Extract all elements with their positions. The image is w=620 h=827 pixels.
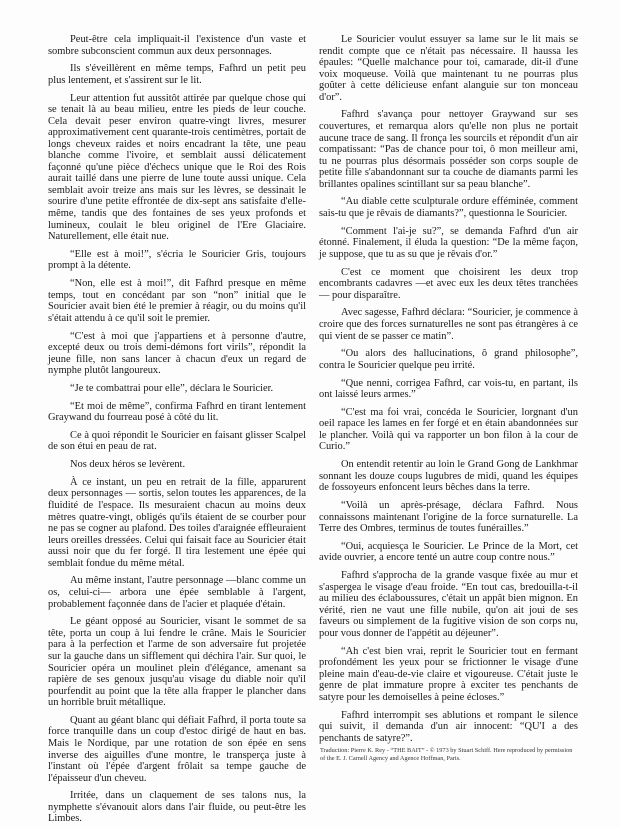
paragraph: Ils s'éveillèrent en même temps, Fafhrd … <box>48 63 306 86</box>
paragraph: On entendit retentir au loin le Grand Go… <box>319 459 578 494</box>
paragraph: “Comment l'ai-je su?”, se demanda Fafhrd… <box>319 226 578 261</box>
paragraph: “Et moi de même”, confirma Fafhrd en tir… <box>48 401 306 424</box>
paragraph: Leur attention fut aussitôt attirée par … <box>48 93 306 243</box>
paragraph: Le Souricier voulut essuyer sa lame sur … <box>319 34 578 103</box>
paragraph: “C'est ma foi vrai, concéda le Souricier… <box>319 407 578 453</box>
paragraph: Quant au géant blanc qui défiait Fafhrd,… <box>48 715 306 784</box>
magazine-page: Peut-être cela impliquait-il l'existence… <box>0 0 620 827</box>
paragraph: C'est ce moment que choisirent les deux … <box>319 267 578 302</box>
translation-credit-footnote: Traduction: Pierre K. Rey - “THE BAIT” -… <box>320 747 578 763</box>
paragraph: Au même instant, l'autre personnage —bla… <box>48 575 306 610</box>
paragraph: Fafhrd s'avança pour nettoyer Graywand s… <box>319 109 578 190</box>
paragraph: “Non, elle est à moi!”, dit Fafhrd presq… <box>48 278 306 324</box>
paragraph: “Voilà un après-présage, déclara Fafhrd.… <box>319 500 578 535</box>
paragraph: “Oui, acquiesça le Souricier. Le Prince … <box>319 541 578 564</box>
paragraph: Avec sagesse, Fafhrd déclara: “Souricier… <box>319 307 578 342</box>
paragraph: “Ah c'est bien vrai, reprit le Souricier… <box>319 646 578 704</box>
left-text-column: Peut-être cela impliquait-il l'existence… <box>48 34 306 827</box>
paragraph: “Elle est à moi!”, s'écria le Souricier … <box>48 249 306 272</box>
paragraph: “Ou alors des hallucinations, ô grand ph… <box>319 348 578 371</box>
paragraph: Nos deux héros se levèrent. <box>48 459 306 471</box>
paragraph: Ce à quoi répondit le Souricier en faisa… <box>48 430 306 453</box>
paragraph: Fafhrd interrompit ses ablutions et romp… <box>319 710 578 745</box>
paragraph: À ce instant, un peu en retrait de la fi… <box>48 477 306 569</box>
paragraph: Le géant opposé au Souricier, visant le … <box>48 616 306 708</box>
paragraph: Fafhrd s'approcha de la grande vasque fi… <box>319 570 578 639</box>
paragraph: “Au diable cette sculpturale ordure effé… <box>319 196 578 219</box>
right-text-column: Le Souricier voulut essuyer sa lame sur … <box>319 34 578 750</box>
paragraph: “C'est à moi que j'appartiens et à perso… <box>48 331 306 377</box>
paragraph: “Que nenni, corrigea Fafhrd, car vois-tu… <box>319 378 578 401</box>
paragraph: Irritée, dans un claquement de ses talon… <box>48 790 306 825</box>
paragraph: Peut-être cela impliquait-il l'existence… <box>48 34 306 57</box>
paragraph: “Je te combattrai pour elle”, déclara le… <box>48 383 306 395</box>
